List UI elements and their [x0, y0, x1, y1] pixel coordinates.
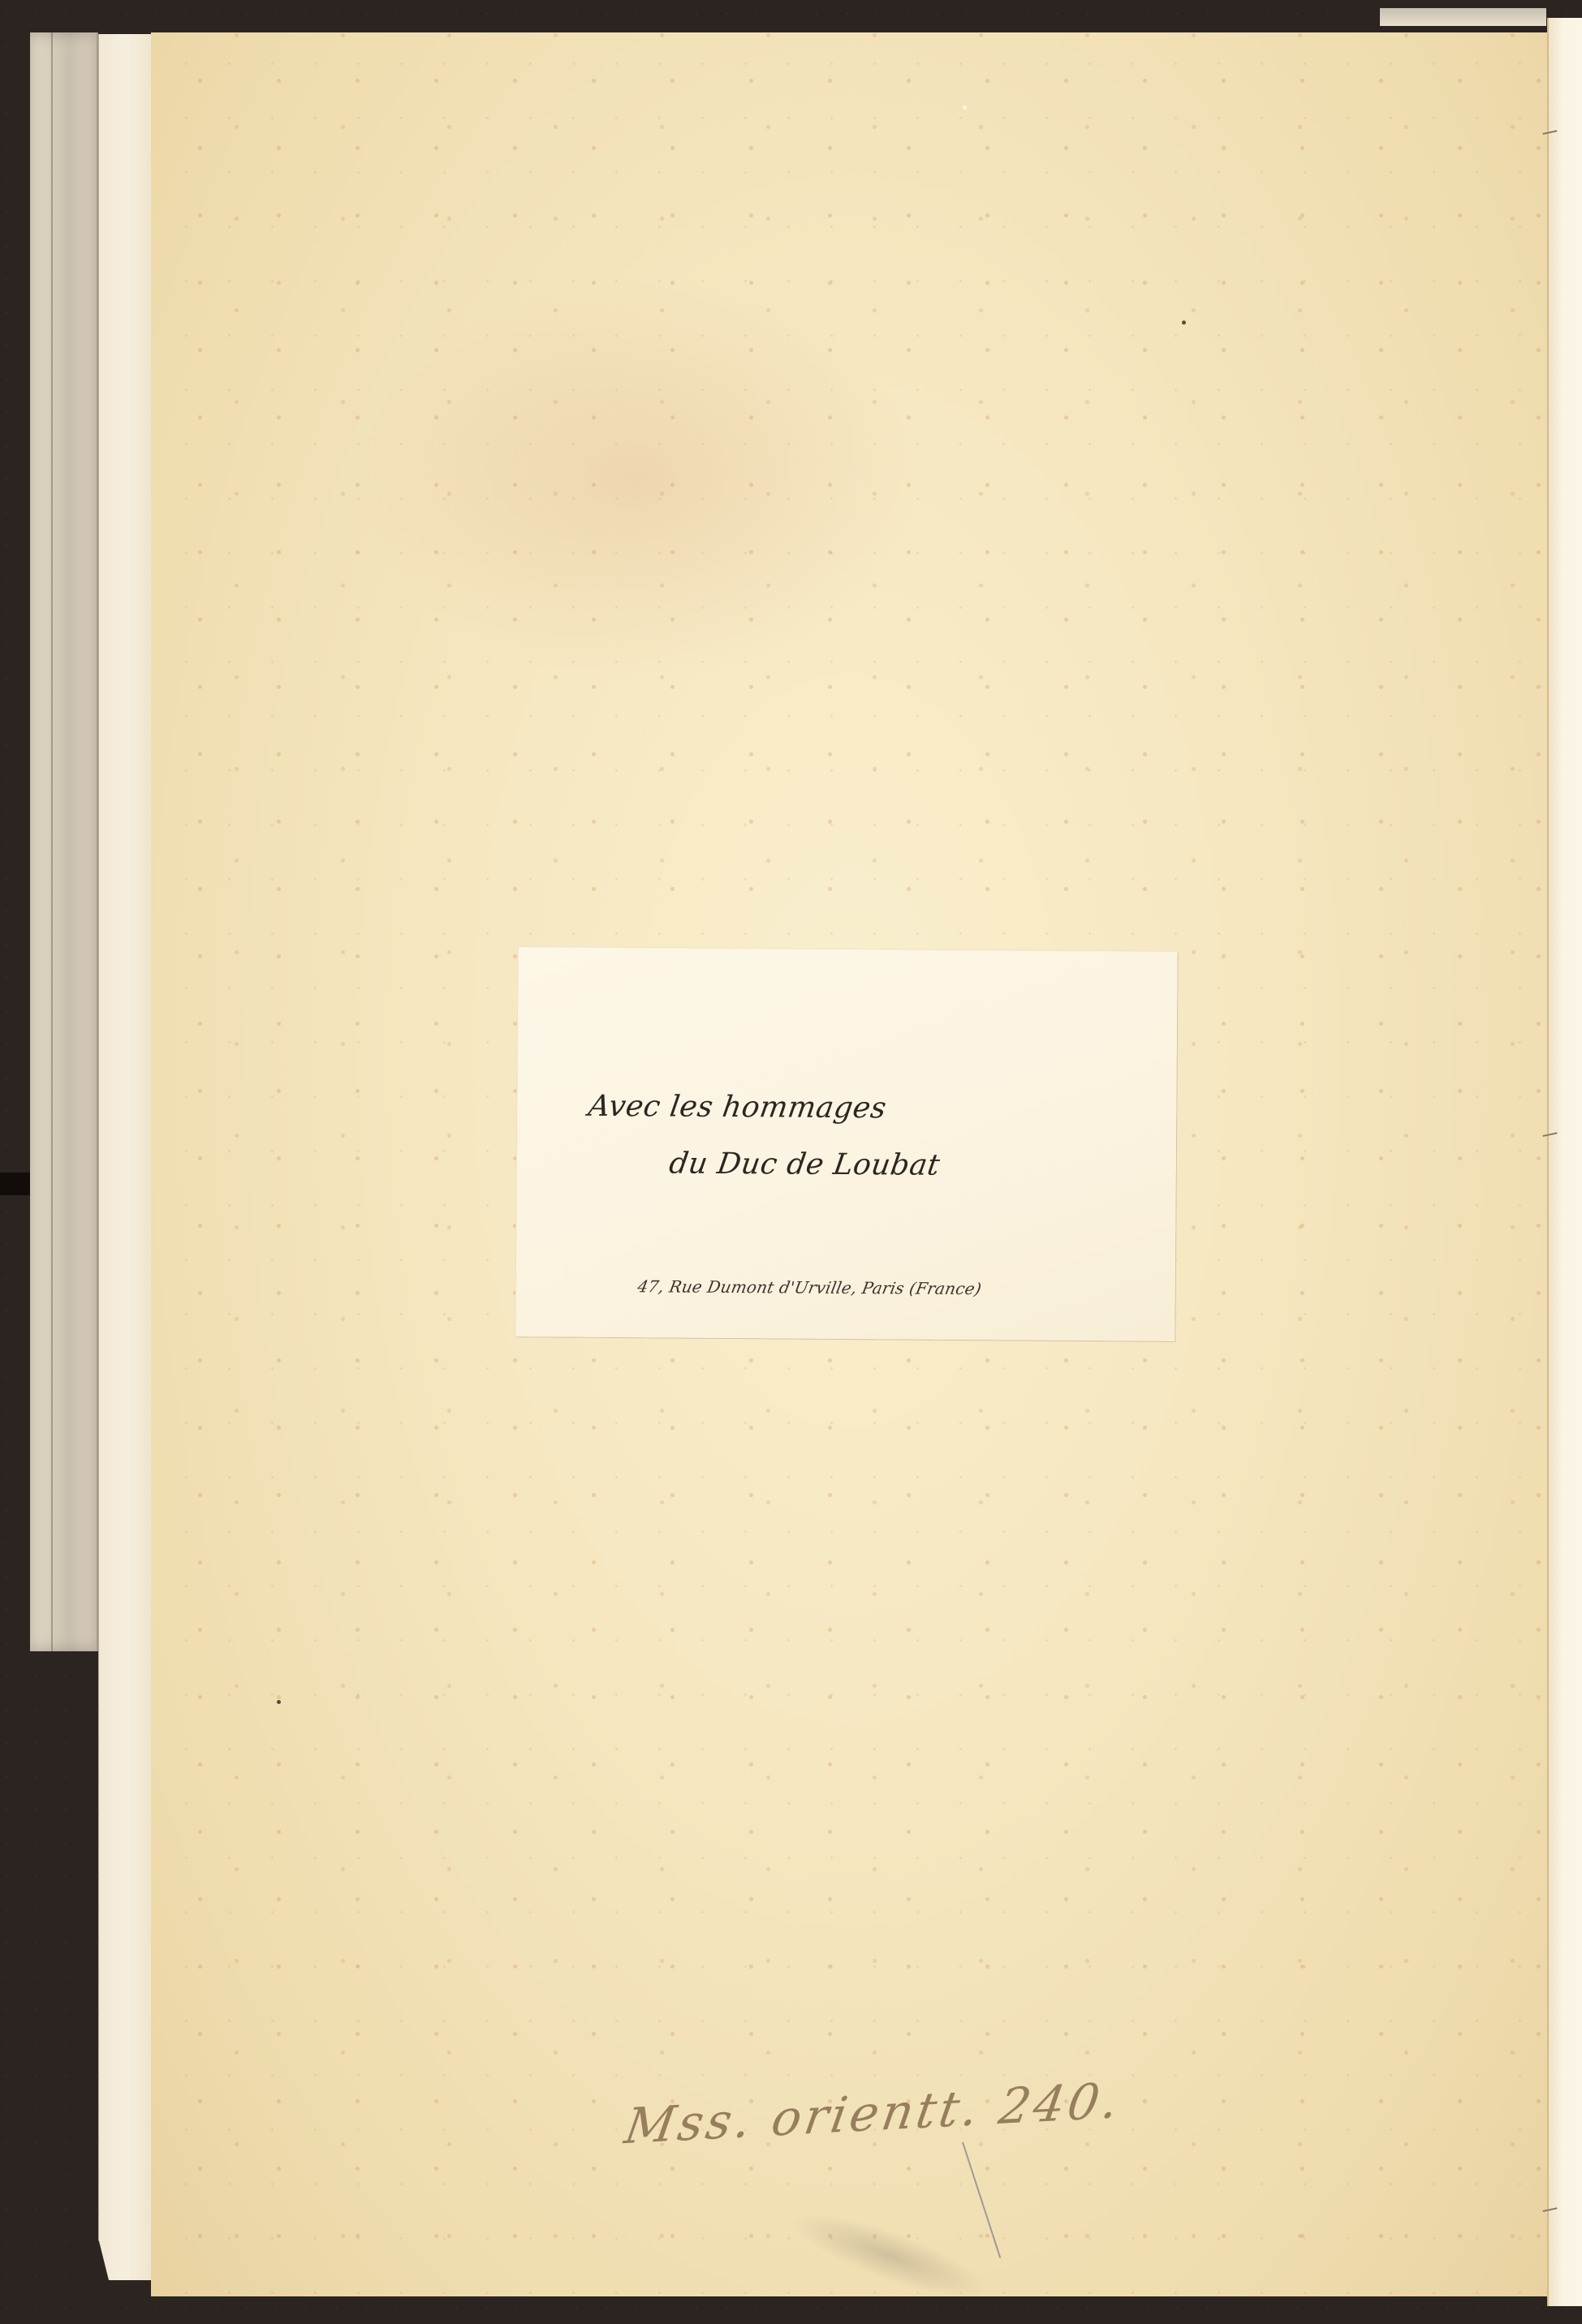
binding-thread — [1543, 2207, 1560, 2223]
adjacent-leaf — [1547, 18, 1582, 2306]
ink-speck — [277, 1700, 281, 1704]
visiting-card: Avec les hommages du Duc de Loubat 47, R… — [515, 947, 1177, 1341]
card-address: 47, Rue Dumont d'Urville, Paris (France) — [636, 1276, 984, 1298]
spine-guard-inner — [98, 34, 152, 2280]
card-greeting: Avec les hommages — [586, 1090, 888, 1125]
binding-thread — [1543, 1132, 1560, 1147]
binding-thread — [1543, 130, 1560, 145]
ink-speck — [1182, 321, 1186, 325]
card-name: du Duc de Loubat — [667, 1147, 942, 1181]
spine-guard-outer — [30, 32, 98, 1651]
top-edge-strip — [1380, 8, 1546, 26]
stain — [354, 276, 922, 682]
torn-corner — [89, 2231, 122, 2280]
paper-blemish — [963, 105, 967, 110]
